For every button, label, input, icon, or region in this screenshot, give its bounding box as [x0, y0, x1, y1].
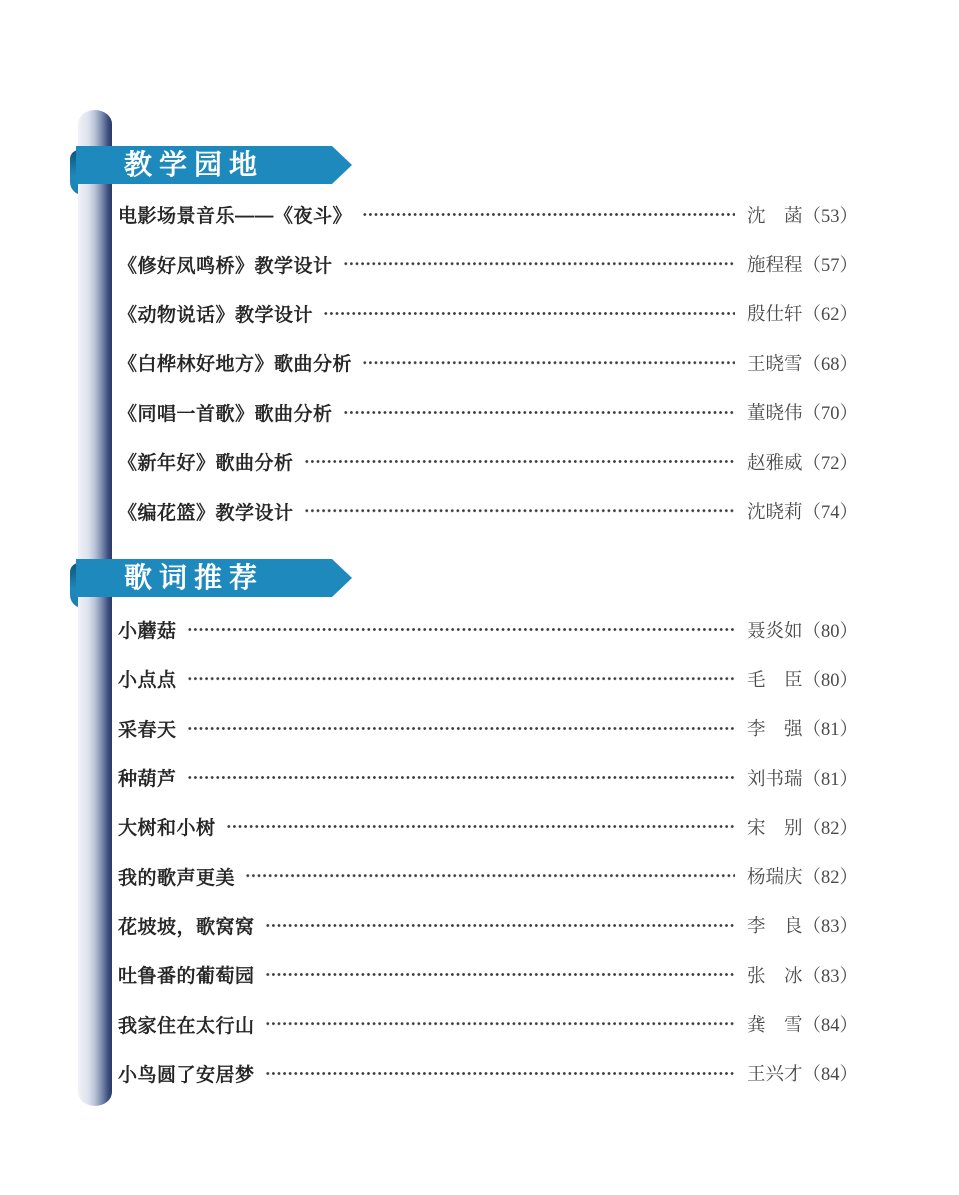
- entry-title: 电影场景音乐——《夜斗》: [118, 201, 352, 228]
- entry-title: 大树和小树: [118, 813, 216, 840]
- dotted-leader: [343, 388, 735, 437]
- entry-page-number: （81）: [802, 765, 858, 791]
- dotted-leader: [226, 802, 735, 851]
- entry-page-number: （74）: [802, 498, 858, 524]
- dotted-leader: [362, 190, 735, 239]
- toc-entry: 小鸟圆了安居梦 王兴才 （84）: [118, 1049, 858, 1098]
- toc-entry: 《修好凤鸣桥》教学设计 施程程 （57）: [118, 239, 858, 288]
- entry-page-number: （57）: [802, 251, 858, 277]
- entry-author: 李 强: [747, 715, 803, 741]
- toc-entry: 《新年好》歌曲分析 赵雅威 （72）: [118, 437, 858, 486]
- dotted-leader: [265, 950, 735, 999]
- dotted-leader: [187, 753, 735, 802]
- entry-author: 张 冰: [747, 962, 803, 988]
- dotted-leader: [187, 654, 735, 703]
- dotted-leader: [265, 1049, 735, 1098]
- entry-page-number: （83）: [802, 962, 858, 988]
- entry-page-number: （83）: [802, 912, 858, 938]
- toc-entry: 吐鲁番的葡萄园 张 冰 （83）: [118, 950, 858, 999]
- entry-title: 《白桦林好地方》歌曲分析: [118, 349, 352, 376]
- entry-title: 小鸟圆了安居梦: [118, 1060, 255, 1087]
- entry-title: 小蘑菇: [118, 616, 177, 643]
- entry-page-number: （70）: [802, 399, 858, 425]
- entry-author: 董晓伟: [747, 399, 803, 425]
- entry-page-number: （80）: [802, 666, 858, 692]
- dotted-leader: [323, 289, 735, 338]
- section-banner-lyrics-recommendation: 歌词推荐: [76, 559, 352, 597]
- dotted-leader: [362, 338, 735, 387]
- entry-author: 沈 菡: [747, 202, 803, 228]
- entry-author: 王晓雪: [747, 350, 803, 376]
- toc-entry: 《白桦林好地方》歌曲分析 王晓雪 （68）: [118, 338, 858, 387]
- entry-page-number: （80）: [802, 617, 858, 643]
- entry-title: 花坡坡，歌窝窝: [118, 912, 255, 939]
- toc-section-teaching-garden: 电影场景音乐——《夜斗》 沈 菡 （53） 《修好凤鸣桥》教学设计 施程程 （5…: [118, 190, 858, 536]
- entry-author: 龚 雪: [747, 1011, 803, 1037]
- entry-page-number: （81）: [802, 715, 858, 741]
- entry-author: 李 良: [747, 912, 803, 938]
- entry-title: 《修好凤鸣桥》教学设计: [118, 251, 333, 278]
- signpost-pole: [78, 110, 112, 1106]
- entry-title: 种葫芦: [118, 764, 177, 791]
- entry-title: 我家住在太行山: [118, 1011, 255, 1038]
- section-banner-teaching-garden: 教学园地: [76, 146, 352, 184]
- toc-entry: 电影场景音乐——《夜斗》 沈 菡 （53）: [118, 190, 858, 239]
- toc-entry: 大树和小树 宋 别 （82）: [118, 802, 858, 851]
- toc-entry: 种葫芦 刘书瑞 （81）: [118, 753, 858, 802]
- entry-author: 毛 臣: [747, 666, 803, 692]
- toc-entry: 《动物说话》教学设计 殷仕轩 （62）: [118, 289, 858, 338]
- entry-title: 我的歌声更美: [118, 863, 235, 890]
- dotted-leader: [304, 437, 735, 486]
- entry-author: 刘书瑞: [747, 765, 803, 791]
- entry-page-number: （82）: [802, 814, 858, 840]
- entry-page-number: （82）: [802, 863, 858, 889]
- entry-page-number: （72）: [802, 449, 858, 475]
- toc-section-lyrics-recommendation: 小蘑菇 聂炎如 （80） 小点点 毛 臣 （80） 采春天 李 强 （81） 种…: [118, 605, 858, 1098]
- entry-title: 《同唱一首歌》歌曲分析: [118, 399, 333, 426]
- entry-page-number: （53）: [802, 202, 858, 228]
- toc-entry: 我的歌声更美 杨瑞庆 （82）: [118, 851, 858, 900]
- entry-author: 宋 别: [747, 814, 803, 840]
- entry-page-number: （84）: [802, 1060, 858, 1086]
- entry-author: 杨瑞庆: [747, 863, 803, 889]
- toc-entry: 我家住在太行山 龚 雪 （84）: [118, 999, 858, 1048]
- dotted-leader: [245, 851, 735, 900]
- entry-author: 沈晓莉: [747, 498, 803, 524]
- dotted-leader: [265, 901, 735, 950]
- entry-author: 王兴才: [747, 1060, 803, 1086]
- toc-page: 教学园地 电影场景音乐——《夜斗》 沈 菡 （53） 《修好凤鸣桥》教学设计 施…: [0, 0, 959, 1195]
- entry-title: 采春天: [118, 715, 177, 742]
- toc-entry: 采春天 李 强 （81）: [118, 704, 858, 753]
- dotted-leader: [265, 999, 735, 1048]
- entry-page-number: （68）: [802, 350, 858, 376]
- entry-title: 小点点: [118, 665, 177, 692]
- entry-author: 赵雅威: [747, 449, 803, 475]
- toc-entry: 《编花篮》教学设计 沈晓莉 （74）: [118, 486, 858, 535]
- entry-title: 《新年好》歌曲分析: [118, 448, 294, 475]
- toc-entry: 花坡坡，歌窝窝 李 良 （83）: [118, 901, 858, 950]
- dotted-leader: [304, 486, 735, 535]
- entry-author: 殷仕轩: [747, 300, 803, 326]
- entry-title: 吐鲁番的葡萄园: [118, 961, 255, 988]
- dotted-leader: [187, 605, 735, 654]
- toc-entry: 《同唱一首歌》歌曲分析 董晓伟 （70）: [118, 388, 858, 437]
- toc-entry: 小蘑菇 聂炎如 （80）: [118, 605, 858, 654]
- entry-title: 《动物说话》教学设计: [118, 300, 313, 327]
- entry-page-number: （84）: [802, 1011, 858, 1037]
- entry-author: 施程程: [747, 251, 803, 277]
- entry-title: 《编花篮》教学设计: [118, 498, 294, 525]
- toc-entry: 小点点 毛 臣 （80）: [118, 654, 858, 703]
- entry-author: 聂炎如: [747, 617, 803, 643]
- entry-page-number: （62）: [802, 300, 858, 326]
- dotted-leader: [187, 704, 735, 753]
- dotted-leader: [343, 239, 735, 288]
